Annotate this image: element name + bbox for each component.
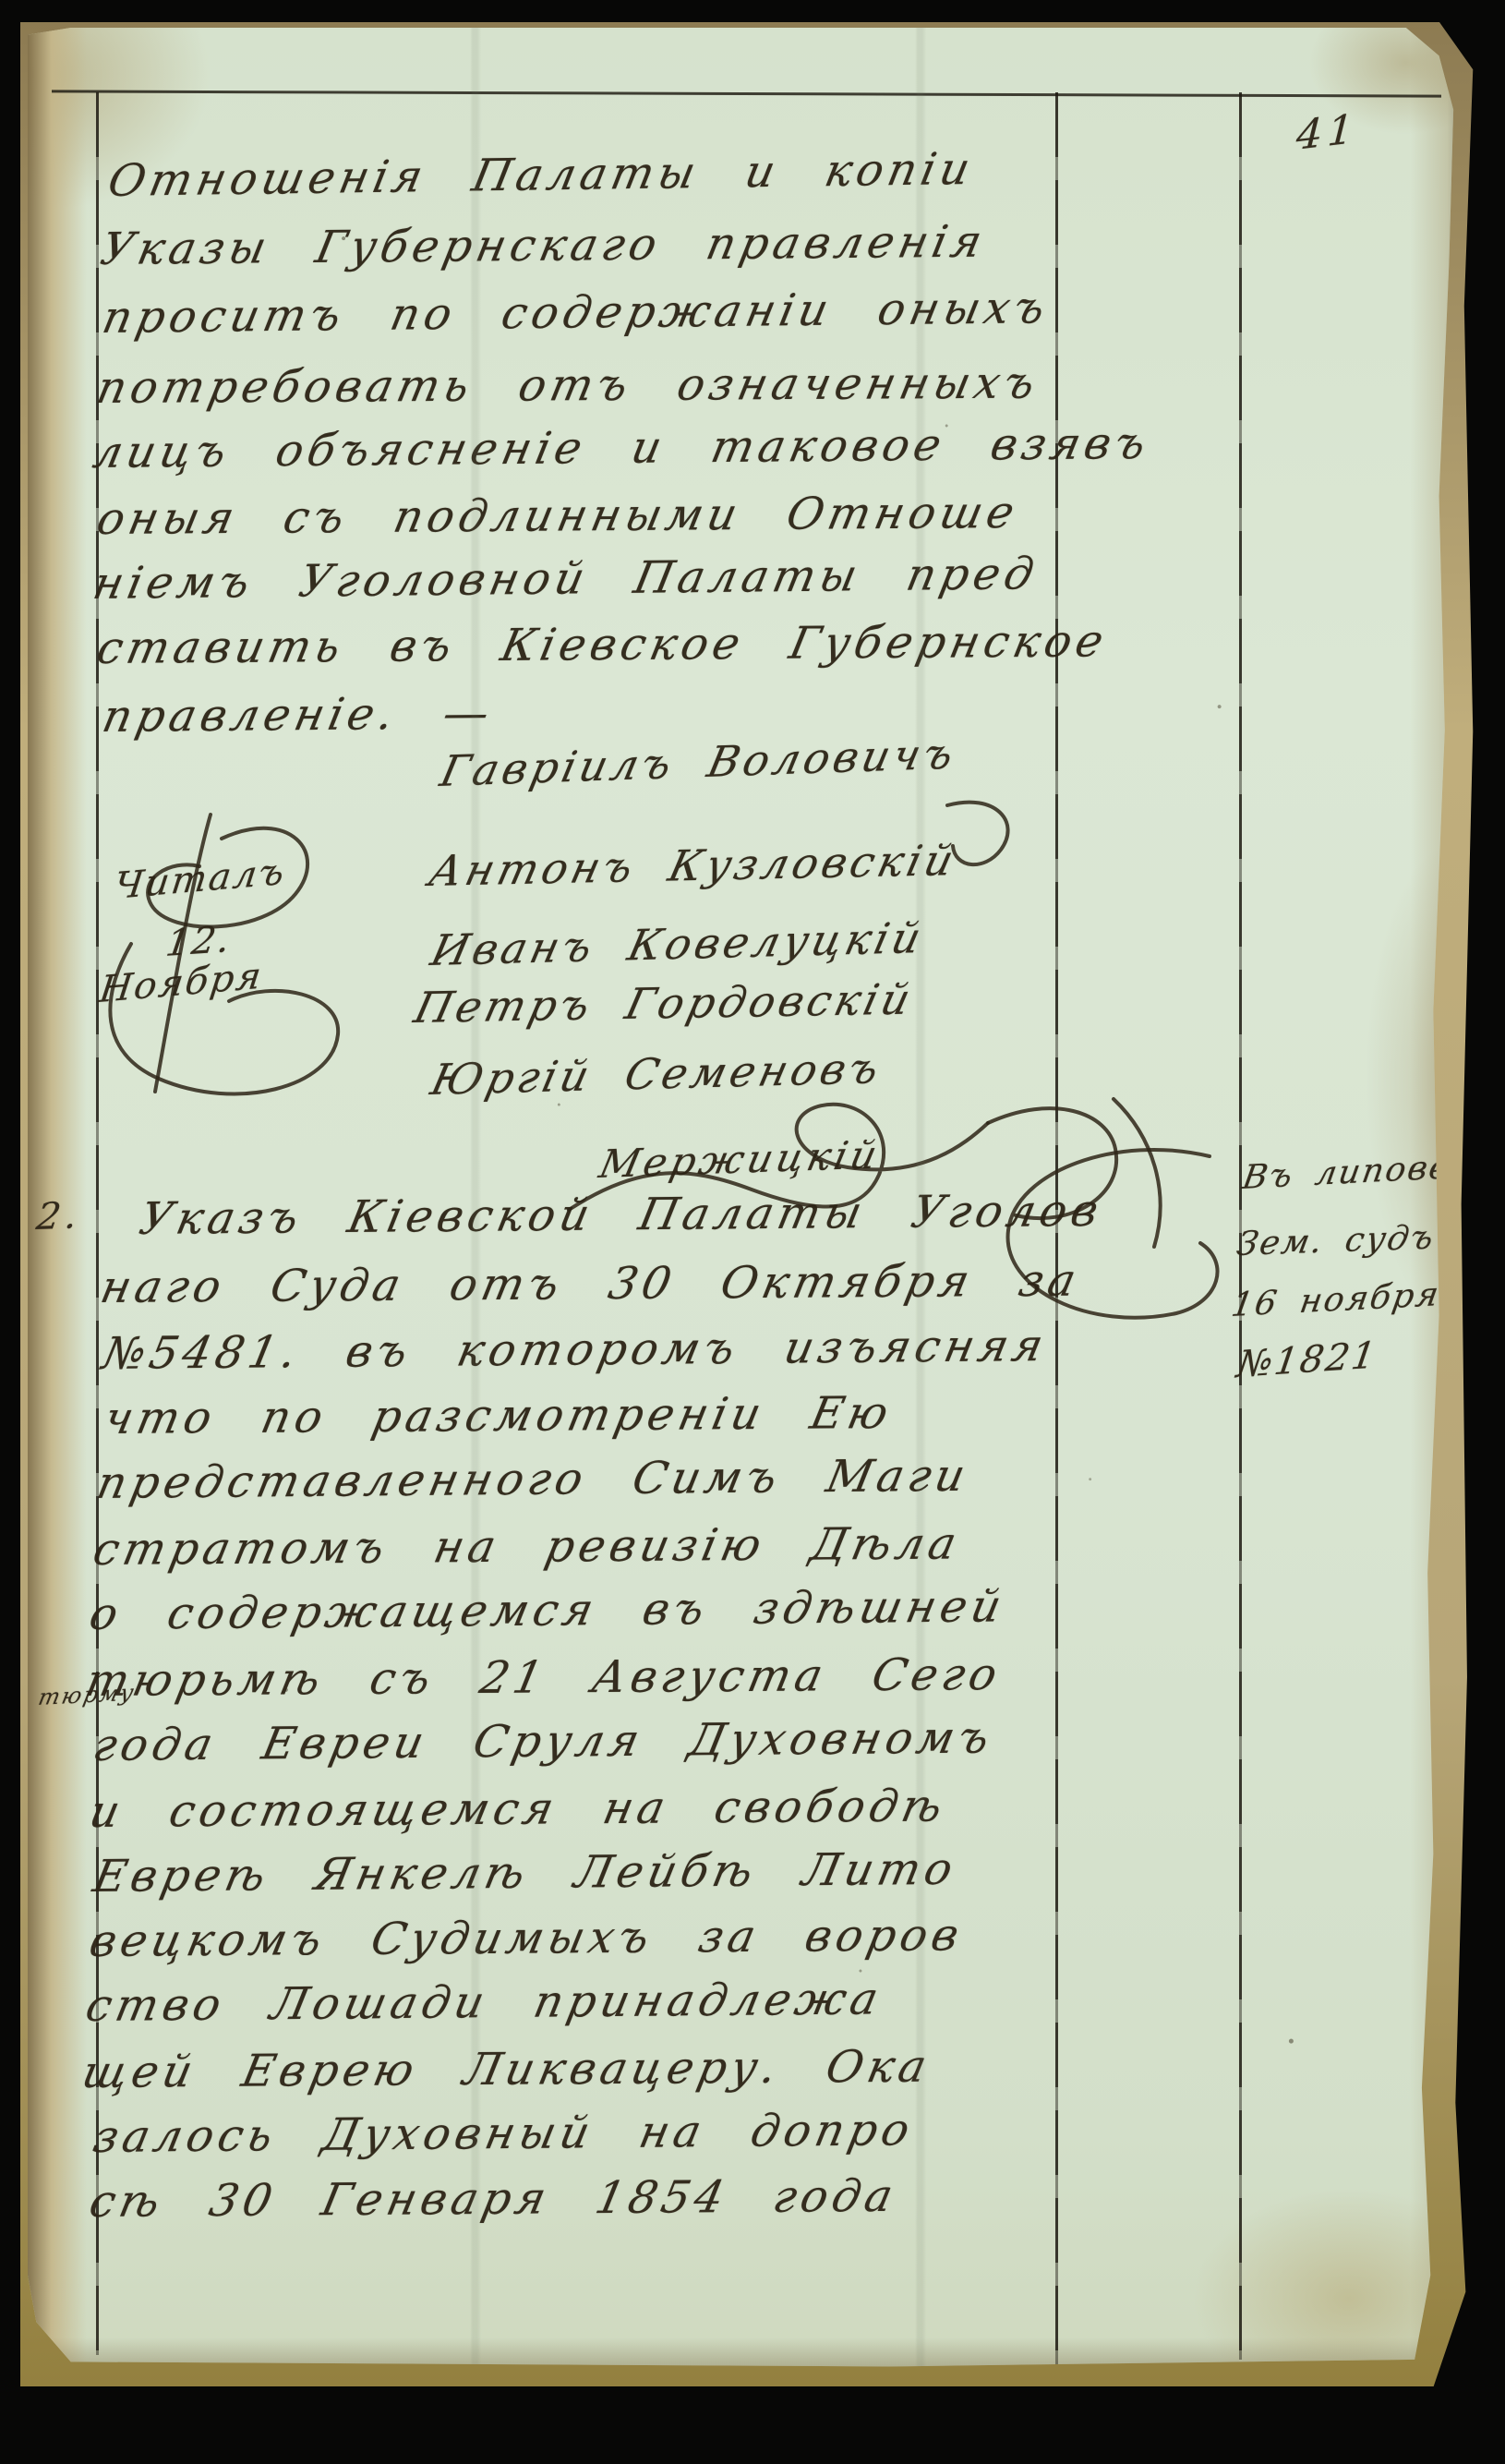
manuscript-line: потребовать отъ означенныхъ xyxy=(93,361,1043,410)
read-note-line: Ноября xyxy=(98,958,265,1009)
flourish-swirl xyxy=(979,1141,1237,1345)
signature: Мержицкій xyxy=(596,1136,885,1184)
manuscript-line: ставить въ Кіевское Губернское xyxy=(93,619,1112,670)
manuscript-line: Евреѣ Янкелѣ Лейбѣ Лито xyxy=(90,1847,960,1899)
manuscript-line: года Евреи Сруля Духовномъ xyxy=(90,1716,997,1768)
manuscript-line: тюрьмѣ съ 21 Августа Сего xyxy=(82,1652,1005,1703)
manuscript-line: наго Суда отъ 30 Октября за xyxy=(97,1259,1084,1310)
read-note-line: Читалъ xyxy=(113,853,288,905)
page: 41 Отношенія Палаты и копіи Указы Губерн… xyxy=(28,28,1463,2369)
page-number: 41 xyxy=(1295,109,1359,157)
interlinear-note: тюрму xyxy=(37,1682,138,1709)
signature: Иванъ Ковелуцкій xyxy=(427,916,929,972)
manuscript-line: представленного Симъ Маги xyxy=(93,1454,973,1505)
signature: Антонъ Кузловскій xyxy=(426,839,961,892)
signature: Гавріилъ Воловичъ xyxy=(437,732,961,792)
manuscript-line: залось Духовный на допро xyxy=(90,2108,918,2159)
manuscript-line: ніемъ Уголовной Палаты пред xyxy=(90,551,1041,606)
manuscript-line: Отношенія Палаты и копіи xyxy=(104,147,978,203)
manuscript-line: №5481. въ которомъ изъясняя xyxy=(99,1323,1051,1376)
manuscript-line: правленіе. — xyxy=(99,691,498,739)
manuscript-line: ство Лошади принадлежа xyxy=(82,1977,886,2028)
manuscript-line: лицъ объясненіе и таковое взявъ xyxy=(90,421,1154,475)
court-note-line: №1821 xyxy=(1234,1337,1379,1383)
court-note-line: Зем. судъ xyxy=(1234,1222,1438,1262)
top-rule-line xyxy=(52,90,1441,97)
manuscript-line: проситъ по содержаніи оныхъ xyxy=(99,285,1053,340)
item-number: 2. xyxy=(34,1197,84,1236)
read-note-line: 12. xyxy=(163,921,234,962)
signature: Петръ Гордовскій xyxy=(411,978,918,1029)
manuscript-line: Указъ Кіевской Палаты Уголов xyxy=(136,1189,1106,1241)
manuscript-line: Указы Губернскаго правленія xyxy=(97,220,990,272)
manuscript-line: стратомъ на ревизію Дѣла xyxy=(90,1521,965,1572)
manuscript-line: что по разсмотреніи Ею xyxy=(101,1391,897,1441)
manuscript-line: вецкомъ Судимыхъ за воров xyxy=(86,1913,967,1963)
manuscript-line: оныя съ подлинными Отноше xyxy=(93,490,1022,541)
manuscript-line: и состоящемся на свободѣ xyxy=(86,1784,951,1834)
manuscript-line: о содержащемся въ здѣшней xyxy=(86,1584,1009,1637)
signature: Юргій Семеновъ xyxy=(427,1046,886,1101)
manuscript-line: сѣ 30 Генваря 1854 года xyxy=(86,2174,901,2224)
manuscript-line: щей Еврею Ликвацеру. Ока xyxy=(78,2045,934,2095)
scan-background: 41 Отношенія Палаты и копіи Указы Губерн… xyxy=(0,0,1505,2464)
